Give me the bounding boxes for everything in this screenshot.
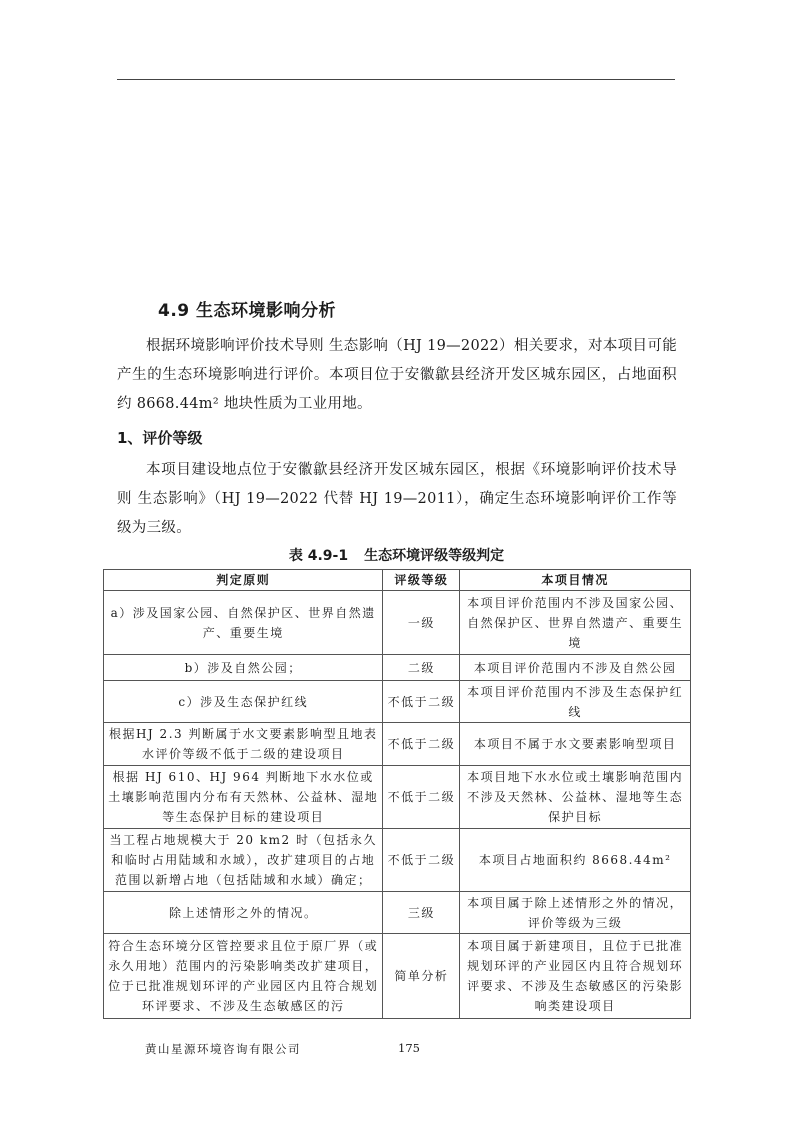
- table-row: a）涉及国家公园、自然保护区、世界自然遗产、重要生境一级本项目评价范围内不涉及国…: [104, 591, 691, 655]
- cell-status: 本项目评价范围内不涉及自然公园: [460, 655, 691, 681]
- cell-principle: 除上述情形之外的情况。: [104, 892, 383, 934]
- cell-grade: 三级: [383, 892, 460, 934]
- cell-grade: 二级: [383, 655, 460, 681]
- cell-principle: 符合生态环境分区管控要求且位于原厂界（或永久用地）范围内的污染影响类改扩建项目，…: [104, 934, 383, 1019]
- table-header-row: 判定原则 评级等级 本项目情况: [104, 570, 691, 591]
- cell-status: 本项目评价范围内不涉及生态保护红线: [460, 681, 691, 723]
- table-row: 根据 HJ 610、HJ 964 判断地下水水位或土壤影响范围内分布有天然林、公…: [104, 766, 691, 829]
- cell-status: 本项目属于除上述情形之外的情况，评价等级为三级: [460, 892, 691, 934]
- table-body: a）涉及国家公园、自然保护区、世界自然遗产、重要生境一级本项目评价范围内不涉及国…: [104, 591, 691, 1019]
- header-grade: 评级等级: [383, 570, 460, 591]
- cell-principle: 根据HJ 2.3 判断属于水文要素影响型且地表水评价等级不低于二级的建设项目: [104, 723, 383, 766]
- cell-principle: b）涉及自然公园；: [104, 655, 383, 681]
- table-row: 根据HJ 2.3 判断属于水文要素影响型且地表水评价等级不低于二级的建设项目不低…: [104, 723, 691, 766]
- table-row: b）涉及自然公园；二级本项目评价范围内不涉及自然公园: [104, 655, 691, 681]
- intro-paragraph: 根据环境影响评价技术导则 生态影响（HJ 19—2022）相关要求，对本项目可能…: [117, 332, 677, 419]
- cell-grade: 一级: [383, 591, 460, 655]
- table-caption: 表 4.9-1生态环境评级等级判定: [103, 545, 690, 565]
- subsection-title: 1、评价等级: [117, 427, 202, 448]
- grade-table: 判定原则 评级等级 本项目情况 a）涉及国家公园、自然保护区、世界自然遗产、重要…: [103, 569, 691, 1019]
- table-row: c）涉及生态保护红线不低于二级本项目评价范围内不涉及生态保护红线: [104, 681, 691, 723]
- page-number: 175: [398, 1041, 420, 1055]
- table-row: 当工程占地规模大于 20 km2 时（包括永久和临时占用陆域和水域），改扩建项目…: [104, 829, 691, 892]
- cell-status: 本项目不属于水文要素影响型项目: [460, 723, 691, 766]
- table-caption-title: 生态环境评级等级判定: [364, 548, 504, 564]
- cell-status: 本项目地下水水位或土壤影响范围内不涉及天然林、公益林、湿地等生态保护目标: [460, 766, 691, 829]
- cell-principle: a）涉及国家公园、自然保护区、世界自然遗产、重要生境: [104, 591, 383, 655]
- cell-grade: 不低于二级: [383, 723, 460, 766]
- cell-principle: c）涉及生态保护红线: [104, 681, 383, 723]
- cell-status: 本项目属于新建项目，且位于已批准规划环评的产业园区内且符合规划环评要求、不涉及生…: [460, 934, 691, 1019]
- cell-grade: 不低于二级: [383, 681, 460, 723]
- cell-grade: 不低于二级: [383, 829, 460, 892]
- cell-status: 本项目占地面积约 8668.44m²: [460, 829, 691, 892]
- grade-paragraph: 本项目建设地点位于安徽歙县经济开发区城东园区，根据《环境影响评价技术导则 生态影…: [117, 456, 677, 543]
- table-row: 符合生态环境分区管控要求且位于原厂界（或永久用地）范围内的污染影响类改扩建项目，…: [104, 934, 691, 1019]
- cell-principle: 根据 HJ 610、HJ 964 判断地下水水位或土壤影响范围内分布有天然林、公…: [104, 766, 383, 829]
- header-status: 本项目情况: [460, 570, 691, 591]
- section-title: 4.9 生态环境影响分析: [158, 296, 336, 321]
- header-rule: [117, 79, 675, 80]
- table-caption-number: 表 4.9-1: [289, 548, 348, 564]
- cell-status: 本项目评价范围内不涉及国家公园、自然保护区、世界自然遗产、重要生境: [460, 591, 691, 655]
- cell-principle: 当工程占地规模大于 20 km2 时（包括永久和临时占用陆域和水域），改扩建项目…: [104, 829, 383, 892]
- footer-company: 黄山星源环境咨询有限公司: [145, 1041, 301, 1057]
- table-row: 除上述情形之外的情况。三级本项目属于除上述情形之外的情况，评价等级为三级: [104, 892, 691, 934]
- cell-grade: 简单分析: [383, 934, 460, 1019]
- header-principle: 判定原则: [104, 570, 383, 591]
- cell-grade: 不低于二级: [383, 766, 460, 829]
